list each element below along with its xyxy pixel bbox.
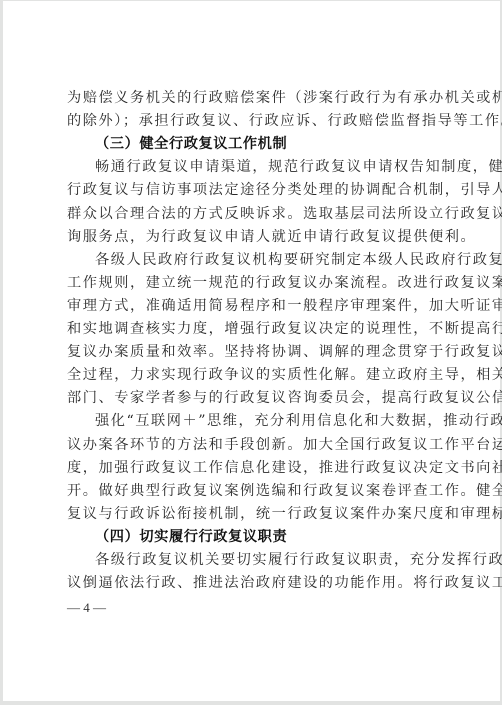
body-line: 全过程，力求实现行政争议的实质性化解。建立政府主导，相关政府 (67, 365, 447, 385)
body-line: 和实地调查核实力度，增强行政复议决定的说理性，不断提高行政 (67, 319, 447, 339)
paragraph-start-line: 各级人民政府行政复议机构要研究制定本级人民政府行政复议 (95, 250, 447, 270)
body-line: 工作规则，建立统一规范的行政复议办案流程。改进行政复议案件 (67, 273, 447, 293)
body-line: 审理方式，准确适用简易程序和一般程序审理案件，加大听证审理 (67, 296, 447, 316)
body-line: 议办案各环节的方法和手段创新。加大全国行政复议工作平台运用力 (67, 435, 447, 455)
body-line: 部门、专家学者参与的行政复议咨询委员会，提高行政复议公信力。 (67, 388, 447, 408)
body-line: 复议办案质量和效率。坚持将协调、调解的理念贯穿于行政复议办案 (67, 342, 447, 362)
section-heading-4: （四）切实履行行政复议职责 (95, 527, 475, 547)
body-line: 群众以合理合法的方式反映诉求。选取基层司法所设立行政复议咨 (67, 204, 447, 224)
body-line: 行政复议与信访事项法定途径分类处理的协调配合机制，引导人民 (67, 180, 447, 200)
body-line: 度，加强行政复议工作信息化建设，推进行政复议决定文书向社会公 (67, 458, 447, 478)
body-line: 为赔偿义务机关的行政赔偿案件（涉案行政行为有承办机关或机构 (67, 88, 447, 108)
body-line: 复议与行政诉讼衔接机制，统一行政复议案件办案尺度和审理标准。 (67, 504, 447, 524)
section-heading-3: （三）健全行政复议工作机制 (95, 134, 475, 154)
paragraph-start-line: 畅通行政复议申请渠道，规范行政复议申请权告知制度，健全 (95, 157, 447, 177)
paragraph-start-line: 强化“互联网＋”思维，充分利用信息化和大数据，推动行政复 (95, 411, 447, 431)
document-page: 为赔偿义务机关的行政赔偿案件（涉案行政行为有承办机关或机构 的除外）；承担行政复… (3, 1, 500, 701)
body-line: 开。做好典型行政复议案例选编和行政复议案卷评查工作。健全行政 (67, 481, 447, 501)
body-line: 议倒逼依法行政、推进法治政府建设的功能作用。将行政复议工作 (67, 573, 447, 593)
body-line: 询服务点，为行政复议申请人就近申请行政复议提供便利。 (67, 227, 447, 247)
page-number: — 4 — (67, 600, 106, 616)
paragraph-start-line: 各级行政复议机关要切实履行行政复议职责，充分发挥行政复 (95, 550, 447, 570)
body-line: 的除外）；承担行政复议、行政应诉、行政赔偿监督指导等工作。 (67, 111, 447, 131)
